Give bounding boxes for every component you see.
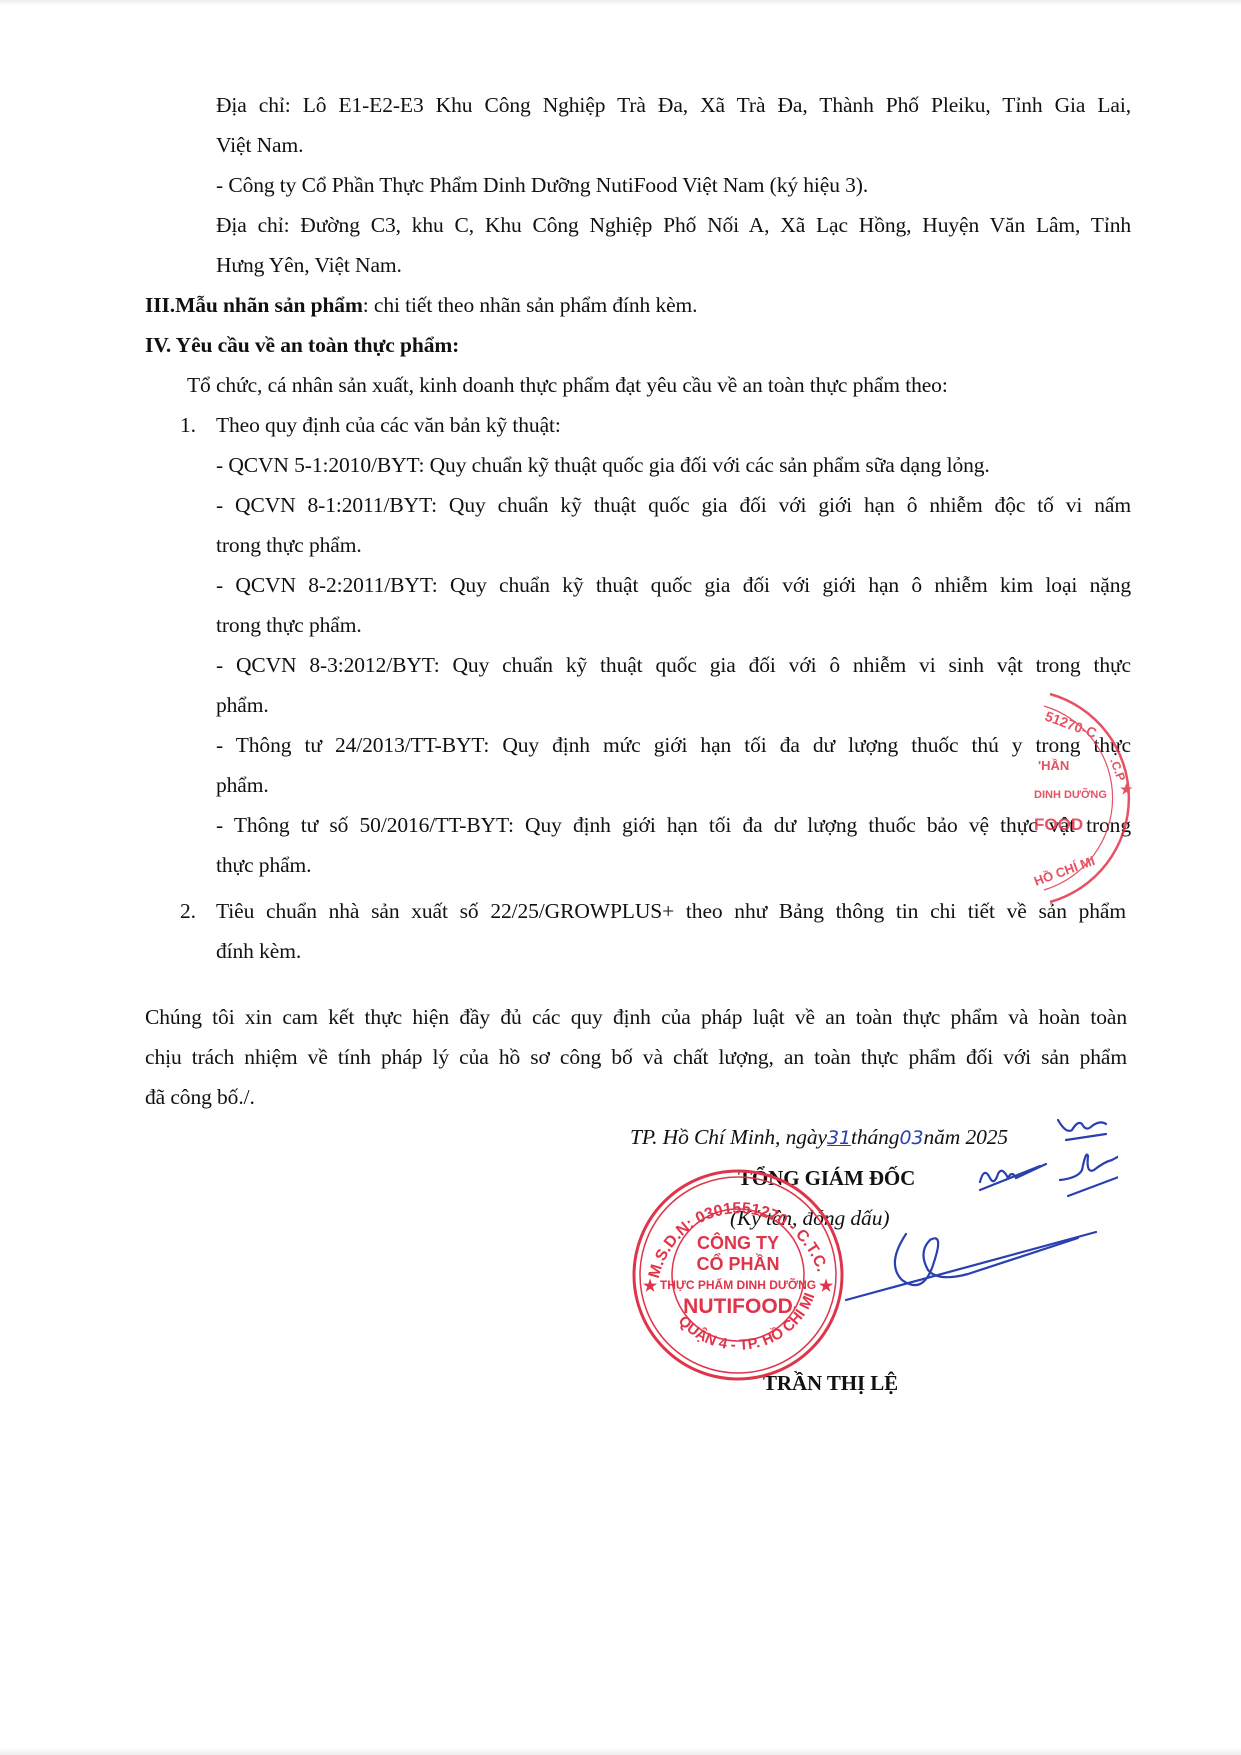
section-4-heading: IV. Yêu cầu về an toàn thực phẩm: [145,331,459,359]
regulation-line: - QCVN 8-1:2011/BYT: Quy chuẩn kỹ thuật … [216,491,1131,519]
date-day: 31 [827,1127,851,1149]
section-3: III.Mẫu nhãn sản phẩm: chi tiết theo nhã… [145,291,697,319]
commitment-line: Chúng tôi xin cam kết thực hiện đầy đủ c… [145,1003,1127,1031]
regulation-line-cont: phẩm. [216,691,269,719]
svg-text:CÔNG TY: CÔNG TY [697,1232,779,1253]
regulation-line-cont: phẩm. [216,771,269,799]
partial-seal-stamp: 51270-C 'HẦN DINH DƯỠNG FOOD ★ .C.P HỒ C… [1030,690,1160,910]
signer-title: TỔNG GIÁM ĐỐC [738,1164,915,1192]
regulation-line: - Thông tư số 50/2016/TT-BYT: Quy định g… [216,811,1131,839]
company-seal-stamp: M.S.D.N: 0301551270 - C.T.C.P QUẬN 4 - T… [628,1163,848,1383]
svg-text:THỰC PHẨM DINH DƯỠNG: THỰC PHẨM DINH DƯỠNG [660,1277,816,1292]
svg-text:'HẦN: 'HẦN [1038,758,1069,773]
regulation-line: - QCVN 8-3:2012/BYT: Quy chuẩn kỹ thuật … [216,651,1131,679]
section-4-intro: Tổ chức, cá nhân sản xuất, kinh doanh th… [187,371,948,399]
section-3-text: : chi tiết theo nhãn sản phẩm đính kèm. [363,293,698,317]
item-2-text-cont: đính kèm. [216,937,301,965]
svg-text:CỔ PHẦN: CỔ PHẦN [696,1253,779,1274]
item-1-title: Theo quy định của các văn bản kỹ thuật: [216,411,561,439]
svg-text:HỒ CHÍ MI: HỒ CHÍ MI [1032,853,1097,889]
svg-text:★: ★ [819,1278,834,1295]
company-line: - Công ty Cổ Phần Thực Phẩm Dinh Dưỡng N… [216,171,868,199]
address-line: Địa chỉ: Đường C3, khu C, Khu Công Nghiệ… [216,211,1131,239]
svg-text:★: ★ [643,1278,658,1295]
regulation-line-cont: thực phẩm. [216,851,311,879]
date-place: TP. Hồ Chí Minh, ngày [630,1125,827,1149]
regulation-line: - QCVN 8-2:2011/BYT: Quy chuẩn kỹ thuật … [216,571,1131,599]
regulation-line: - QCVN 5-1:2010/BYT: Quy chuẩn kỹ thuật … [216,451,990,479]
address-line: Việt Nam. [216,131,303,159]
date-line: TP. Hồ Chí Minh, ngày31tháng03năm 2025 [630,1123,1008,1152]
commitment-line: đã công bố./. [145,1083,255,1111]
item-2-text: Tiêu chuẩn nhà sản xuất số 22/25/GROWPLU… [216,897,1126,925]
section-3-heading: III.Mẫu nhãn sản phẩm [145,293,363,317]
date-month: 03 [899,1127,923,1149]
commitment-line: chịu trách nhiệm về tính pháp lý của hồ … [145,1043,1127,1071]
svg-text:★: ★ [1120,781,1133,797]
signer-name: TRẦN THỊ LỆ [763,1369,898,1397]
address-line: Hưng Yên, Việt Nam. [216,251,402,279]
scan-edge-top [0,0,1241,6]
scan-edge-bottom [0,1747,1241,1755]
item-2-number: 2. [180,897,196,925]
regulation-line-cont: trong thực phẩm. [216,531,362,559]
address-line: Địa chỉ: Lô E1-E2-E3 Khu Công Nghiệp Trà… [216,91,1131,119]
date-month-label: tháng [851,1125,899,1149]
item-1-number: 1. [180,411,196,439]
date-year: năm 2025 [923,1125,1008,1149]
svg-text:DINH DƯỠNG: DINH DƯỠNG [1034,788,1107,801]
signature-note: (Ký tên, đóng dấu) [730,1204,889,1232]
svg-text:NUTIFOOD: NUTIFOOD [683,1295,793,1318]
svg-text:.C.P: .C.P [1107,756,1128,783]
regulation-line-cont: trong thực phẩm. [216,611,362,639]
regulation-line: - Thông tư 24/2013/TT-BYT: Quy định mức … [216,731,1131,759]
